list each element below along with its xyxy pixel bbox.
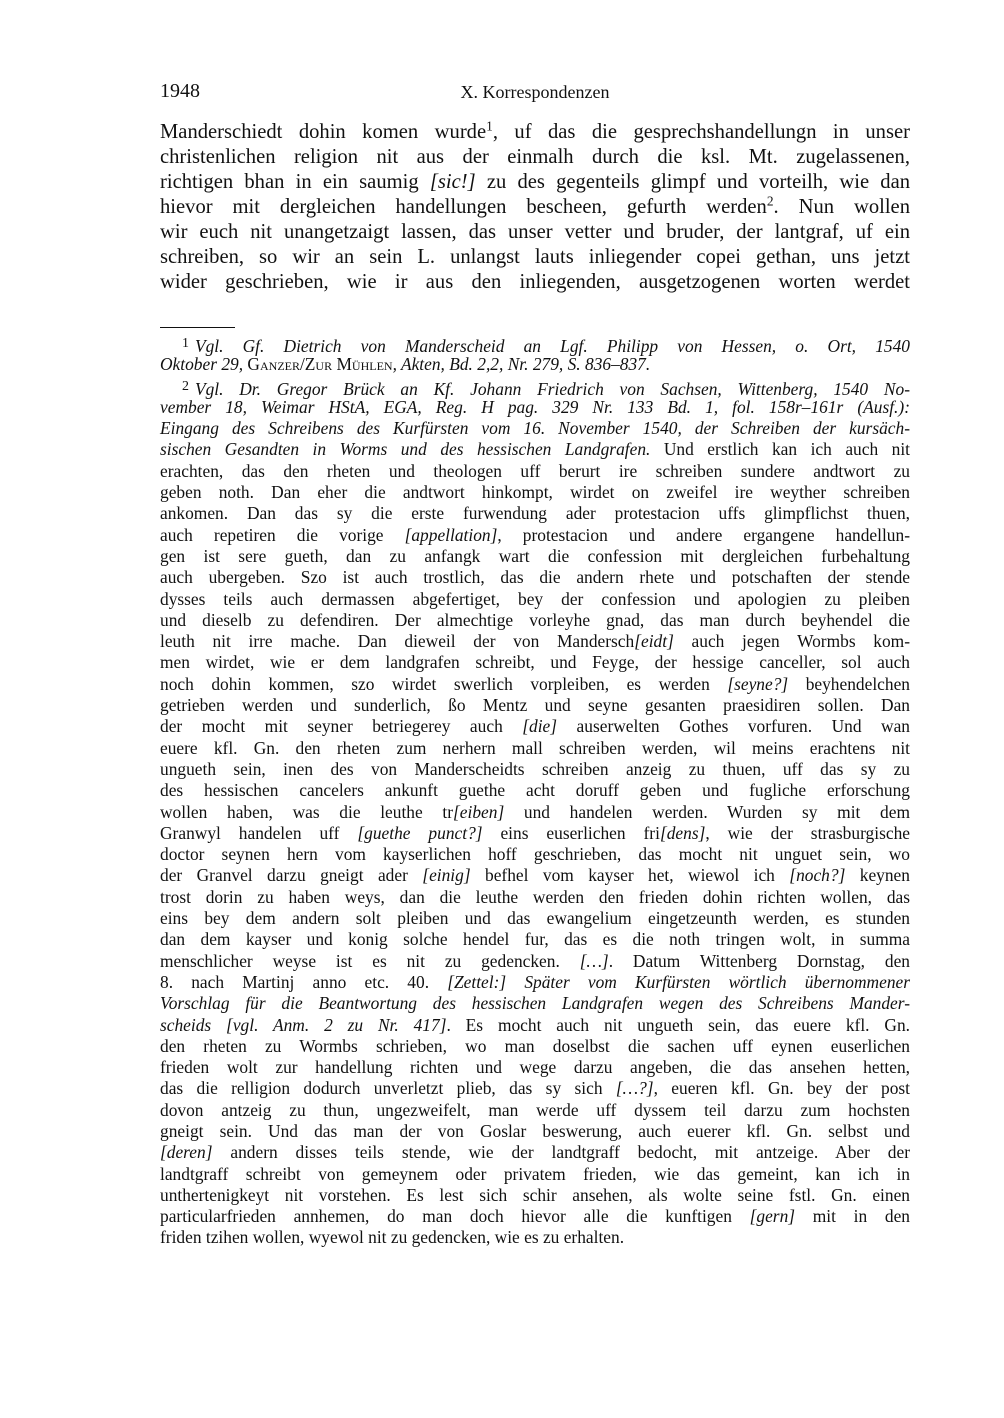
footnote-line: gen ist sere gueth, dan zu anfangk wart … bbox=[160, 546, 910, 567]
footnote-line: Vorschlag für die Beantwortung des hessi… bbox=[160, 993, 910, 1014]
footnote-line: particularfrieden annhemen, do man doch … bbox=[160, 1206, 910, 1227]
footnote-line: noch dohin kommen, szo wirdet swerlich v… bbox=[160, 674, 910, 695]
footnote-1: 1Vgl. Gf. Dietrich von Manderscheid an L… bbox=[160, 333, 910, 376]
footnote-line: 8. nach Martinj anno etc. 40. [Zettel:] … bbox=[160, 972, 910, 993]
footnote-line: ankomen. Dan das sy die erste furwendung… bbox=[160, 503, 910, 524]
footnote-line: doctor seynen hern vom kayserlichen hoff… bbox=[160, 844, 910, 865]
footnote-line: friden tzihen wollen, wyewol nit zu gede… bbox=[160, 1227, 910, 1248]
footnote-line: auch repetiren die vorige [appellation],… bbox=[160, 525, 910, 546]
footnote-2: 2Vgl. Dr. Gregor Brück an Kf. Johann Fri… bbox=[160, 376, 910, 1249]
footnote-line: 1Vgl. Gf. Dietrich von Manderscheid an L… bbox=[160, 333, 910, 354]
footnote-number: 1 bbox=[160, 336, 195, 351]
footnotes: 1Vgl. Gf. Dietrich von Manderscheid an L… bbox=[160, 333, 910, 1249]
footnote-line: getrieben werden und sunderlich, ßo Ment… bbox=[160, 695, 910, 716]
footnote-line: vember 18, Weimar HStA, EGA, Reg. H pag.… bbox=[160, 397, 910, 418]
footnote-ref[interactable]: 2 bbox=[767, 194, 774, 209]
footnote-line: scheids [vgl. Anm. 2 zu Nr. 417]. Es moc… bbox=[160, 1015, 910, 1036]
footnote-line: eins bey dem andern solt pleiben und das… bbox=[160, 908, 910, 929]
footnote-line: Granwyl handelen uff [guethe punct?] ein… bbox=[160, 823, 910, 844]
editorial-note: [sic!] bbox=[430, 171, 476, 193]
footnote-ref[interactable]: 1 bbox=[486, 119, 493, 134]
footnote-line: dan dem kayser und konig solche hendel f… bbox=[160, 929, 910, 950]
footnote-line: des hessischen cancelers ankunft guethe … bbox=[160, 780, 910, 801]
footnote-line: men wirdet, wie er dem landgrafen schrei… bbox=[160, 652, 910, 673]
footnote-line: landtgraff schreibt von gemeynem oder pr… bbox=[160, 1164, 910, 1185]
footnote-line: trost dorin zu haben weys, dan die leuth… bbox=[160, 887, 910, 908]
main-text-body: Manderschiedt dohin komen wurde1, uf das… bbox=[160, 120, 910, 295]
footnote-divider bbox=[160, 327, 235, 328]
footnote-line: euere kfl. Gn. den rheten zum nerhern ma… bbox=[160, 738, 910, 759]
footnote-line: und dieselb zu defendiren. Der almechtig… bbox=[160, 610, 910, 631]
footnote-line: menschlicher weyse ist es nit zu gedenck… bbox=[160, 951, 910, 972]
footnote-line: ungueth sein, inen des von Manderscheidt… bbox=[160, 759, 910, 780]
footnote-line: dysses teils auch dermassen abgefertiget… bbox=[160, 589, 910, 610]
footnote-line: wollen haben, was die leuthe tr[eiben] u… bbox=[160, 802, 910, 823]
footnote-line: gneigt sein. Und das man der von Goslar … bbox=[160, 1121, 910, 1142]
footnote-line: Oktober 29, Ganzer/Zur Mühlen, Akten, Bd… bbox=[160, 354, 910, 375]
footnote-line: unthertenigkeyt nit vorstehen. Es lest s… bbox=[160, 1185, 910, 1206]
footnote-number: 2 bbox=[160, 379, 195, 394]
text-line: schreiben, so wir an sein L. unlangst la… bbox=[160, 245, 910, 270]
running-title: X. Korrespondenzen bbox=[160, 82, 910, 103]
text-line: christenlichen religion nit aus der einm… bbox=[160, 145, 910, 170]
footnote-line: erachten, das den rheten und theologen u… bbox=[160, 461, 910, 482]
text-line: hievor mit dergleichen handellungen besc… bbox=[160, 195, 910, 220]
footnote-line: 2Vgl. Dr. Gregor Brück an Kf. Johann Fri… bbox=[160, 376, 910, 397]
footnote-line: der Granvel darzu gneigt ader [einig] be… bbox=[160, 865, 910, 886]
page-header: 1948 X. Korrespondenzen bbox=[160, 80, 910, 106]
footnote-line: den rheten zu Wormbs schrieben, wo man d… bbox=[160, 1036, 910, 1057]
text-line: wir euch nit unangetzaigt lassen, das un… bbox=[160, 220, 910, 245]
footnote-line: sischen Gesandten in Worms und des hessi… bbox=[160, 439, 910, 460]
footnote-line: das die relligion dodurch unverletzt pli… bbox=[160, 1078, 910, 1099]
footnote-line: geben noth. Dan eher die andtwort hinkom… bbox=[160, 482, 910, 503]
text-line: richtigen bhan in ein saumig [sic!] zu d… bbox=[160, 170, 910, 195]
footnote-line: auch ubergeben. Szo ist auch trostlich, … bbox=[160, 567, 910, 588]
text-line: Manderschiedt dohin komen wurde1, uf das… bbox=[160, 120, 910, 145]
footnote-line: der mocht mit seyner betriegerey auch [d… bbox=[160, 716, 910, 737]
footnote-line: [deren] andern disses teils stende, wie … bbox=[160, 1142, 910, 1163]
footnote-line: dovon antzeig zu thun, ungezweifelt, man… bbox=[160, 1100, 910, 1121]
footnote-line: Eingang des Schreibens des Kurfürsten vo… bbox=[160, 418, 910, 439]
footnote-line: leuth nit irre mache. Dan dieweil der vo… bbox=[160, 631, 910, 652]
text-line: wider geschrieben, wie ir aus den inlieg… bbox=[160, 270, 910, 295]
footnote-line: frieden wolt zur handellung richten und … bbox=[160, 1057, 910, 1078]
